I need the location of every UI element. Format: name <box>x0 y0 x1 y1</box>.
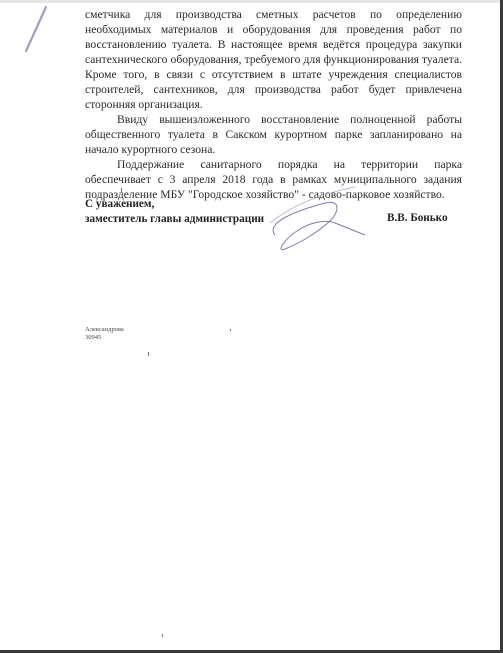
signer-name: В.В. Бонько <box>387 212 448 224</box>
paragraph-1: сметчика для производства сметных расчет… <box>85 7 462 112</box>
scan-speck <box>162 634 163 637</box>
scan-speck <box>230 329 231 331</box>
scan-speck <box>148 352 149 356</box>
salutation: С уважением, <box>85 197 264 212</box>
scan-speck <box>121 188 122 192</box>
signer-position: заместитель главы администрации <box>85 212 264 227</box>
executor-name: Александрова <box>85 326 124 334</box>
executor-info: Александрова 30945 <box>85 326 124 342</box>
handwritten-signature <box>255 183 375 263</box>
document-page: сметчика для производства сметных расчет… <box>0 0 500 650</box>
executor-phone: 30945 <box>85 334 124 342</box>
closing-block: С уважением, заместитель главы администр… <box>85 197 264 227</box>
pen-stroke-mark <box>22 5 52 55</box>
paragraph-2: Ввиду вышеизложенного восстановление пол… <box>85 112 462 157</box>
letter-body: сметчика для производства сметных расчет… <box>85 7 462 202</box>
